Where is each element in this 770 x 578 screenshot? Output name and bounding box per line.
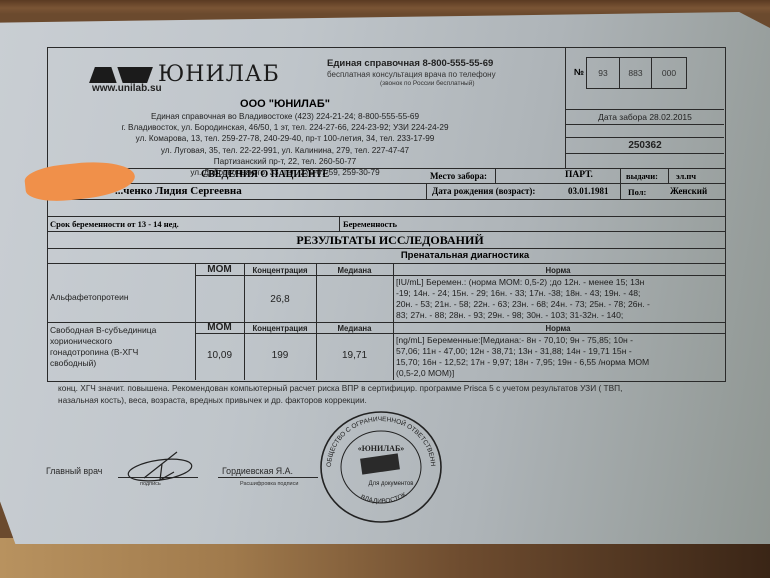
website: www.unilab.su: [92, 83, 162, 94]
patient-name: ...ченко Лидия Сергеевна: [115, 185, 242, 197]
logo-mark-icon: [89, 67, 153, 83]
name-line: [218, 477, 318, 478]
norm-line: [IU/mL] Беремен.: (норма МОМ: 0,5-2) ;до…: [396, 277, 650, 288]
norm-line: 20н. - 53; 21н. - 58; 22н. - 63; 23н. - …: [396, 299, 650, 310]
logo-text: ЮНИЛАБ: [158, 62, 280, 87]
divider: [47, 263, 725, 264]
sex: Женский: [670, 186, 707, 196]
test-name-afp: Альфафетопротеин: [50, 292, 129, 302]
norm-line: -19; 14н. - 24; 15н. - 29; 16н. - 33; 17…: [396, 288, 650, 299]
hotline: Единая справочная 8-800-555-55-69: [327, 58, 493, 69]
order-number-part: 000: [651, 57, 687, 89]
comment-line: назальная кость), веса, возраста, вредны…: [58, 395, 367, 405]
divider: [565, 137, 724, 138]
hcg-mom: 10,09: [195, 350, 244, 361]
hotline-sub: бесплатная консультация врача по телефон…: [327, 70, 496, 79]
issue-value: эл.пч: [676, 171, 696, 181]
divider: [565, 124, 724, 125]
divider: [495, 168, 496, 183]
test-name-hcg: Свободная В-субъединица хорионического г…: [50, 325, 156, 369]
sex-label: Пол:: [628, 187, 646, 197]
gestation-term: Срок беременности от 13 - 14 нед.: [50, 219, 179, 229]
results-subtitle: Пренатальная диагностика: [300, 250, 630, 261]
signature-caption: подпись: [140, 481, 161, 487]
comment-line: конц. ХГЧ значит. повышена. Рекомендован…: [58, 383, 622, 393]
hotline-note: (звонок по России бесплатный): [380, 80, 475, 87]
divider: [47, 322, 725, 323]
divider: [47, 168, 725, 169]
signature-role: Главный врач: [46, 466, 102, 476]
test-name-line: свободный): [50, 358, 156, 369]
collection-place-label: Место забора:: [430, 171, 487, 181]
issue-label: выдачи:: [626, 171, 658, 181]
order-number-label: №: [574, 67, 584, 77]
dob-label: Дата рождения (возраст):: [432, 186, 535, 196]
test-name-line: гонадотропина (В-ХГЧ: [50, 347, 156, 358]
company-stamp: ОБЩЕСТВО С ОГРАНИЧЕННОЙ ОТВЕТСТВЕННОСТЬЮ…: [315, 405, 447, 525]
divider: [426, 183, 427, 199]
afp-concentration: 26,8: [244, 294, 316, 305]
test-name-line: Свободная В-субъединица: [50, 325, 156, 336]
hcg-concentration: 199: [244, 350, 316, 361]
svg-text:ВЛАДИВОСТОК: ВЛАДИВОСТОК: [359, 491, 407, 505]
name-caption: Расшифровка подписи: [240, 481, 298, 487]
svg-text:«ЮНИЛАБ»: «ЮНИЛАБ»: [358, 444, 404, 453]
afp-norm: [IU/mL] Беремен.: (норма МОМ: 0,5-2) ;до…: [396, 277, 650, 321]
norm-line: (0,5-2,0 МОМ)]: [396, 368, 649, 379]
col-norm: Норма: [393, 324, 723, 333]
results-title: РЕЗУЛЬТАТЫ ИССЛЕДОВАНИЙ: [200, 233, 580, 248]
address-line: Единая справочная во Владивостоке (423) …: [0, 111, 570, 122]
divider: [47, 248, 725, 249]
col-median: Медиана: [316, 324, 393, 333]
collection-place: ПАРТ.: [565, 170, 593, 180]
norm-line: 15,70; 16н - 12,52; 17н - 9,97; 18н - 7,…: [396, 357, 649, 368]
col-mom: МОМ: [195, 264, 244, 275]
signature-scribble: [122, 448, 202, 488]
svg-text:Для документов: Для документов: [369, 481, 414, 487]
col-norm: Норма: [393, 266, 723, 275]
wooden-table: [0, 538, 770, 578]
divider: [565, 153, 724, 154]
signatory-name: Гордиевская Я.А.: [222, 466, 293, 476]
col-concentration: Концентрация: [244, 266, 316, 275]
norm-line: 57,06; 11н - 47,00; 12н - 38,71; 13н - 3…: [396, 346, 649, 357]
divider: [565, 109, 724, 110]
divider: [47, 183, 725, 184]
divider: [195, 333, 725, 334]
col-mom: МОМ: [195, 322, 244, 333]
divider: [47, 199, 725, 200]
hcg-norm: [ng/mL] Беременные:[Медиана:- 8н - 70,10…: [396, 335, 649, 379]
pregnancy-label: Беременность: [343, 219, 397, 229]
col-median: Медиана: [316, 266, 393, 275]
test-name-line: хорионического: [50, 336, 156, 347]
org-name: ООО "ЮНИЛАБ": [0, 98, 570, 110]
divider: [620, 168, 621, 183]
order-number-part: 883: [619, 57, 652, 89]
col-concentration: Концентрация: [244, 324, 316, 333]
order-code: 250362: [566, 140, 724, 151]
hcg-median: 19,71: [316, 350, 393, 361]
divider: [668, 168, 669, 183]
dob: 03.01.1981: [568, 186, 609, 196]
order-number-part: 93: [586, 57, 620, 89]
address-line: ул. Комарова, 13, тел. 259-27-78, 240-29…: [0, 133, 570, 144]
divider: [47, 216, 725, 217]
norm-line: [ng/mL] Беременные:[Медиана:- 8н - 70,10…: [396, 335, 649, 346]
norm-line: 83; 27н. - 88; 28н. - 93; 29н. - 98; 30н…: [396, 310, 650, 321]
divider: [47, 231, 725, 232]
divider: [339, 216, 340, 231]
divider: [195, 275, 725, 276]
collection-date: Дата забора 28.02.2015: [566, 112, 724, 122]
address-line: г. Владивосток, ул. Бородинская, 46/50, …: [0, 122, 570, 133]
address-line: ул. Луговая, 35, тел. 22-22-991, ул. Кал…: [0, 145, 570, 156]
patient-section-title: СВЕДЕНИЯ О ПАЦИЕНТЕ: [160, 169, 370, 180]
divider: [620, 183, 621, 199]
